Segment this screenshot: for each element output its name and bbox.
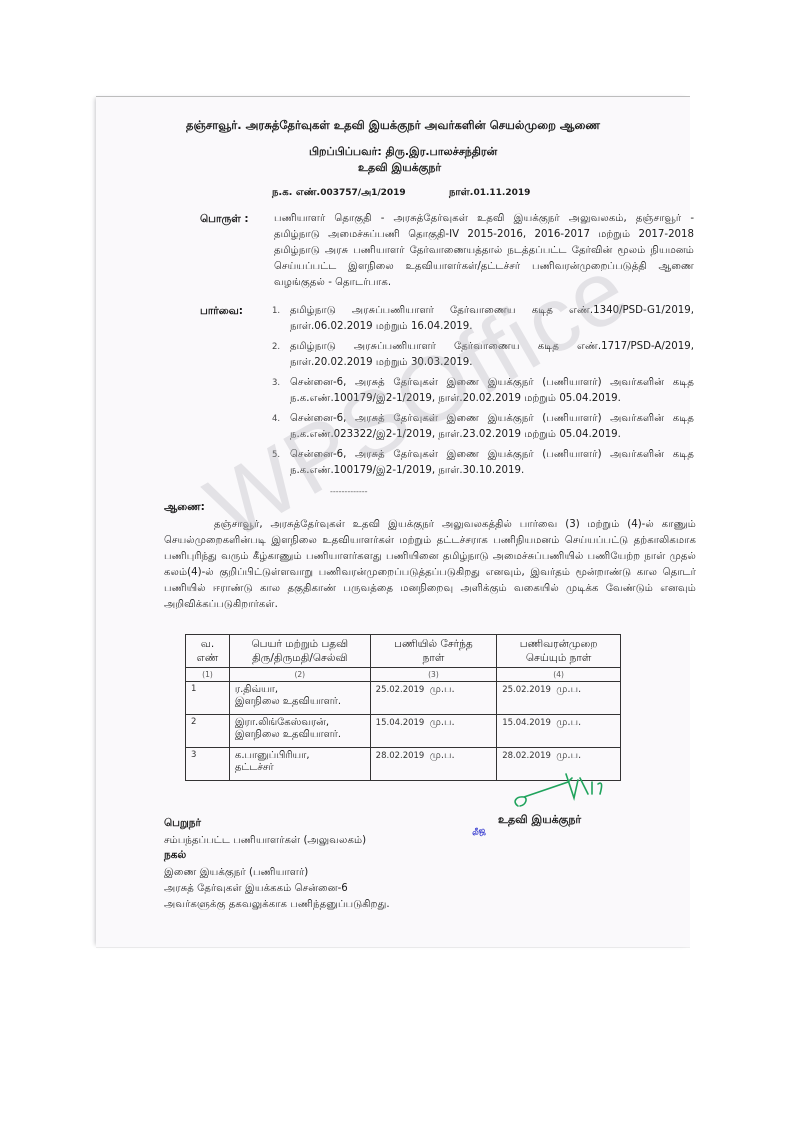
reference-number: ந.க. எண்.003757/அ1/2019 <box>272 187 406 199</box>
table-row: 1 ர.திவ்யா,இளநிலை உதவியாளர். 25.02.2019 … <box>186 682 621 715</box>
reference-item: 2.தமிழ்நாடு அரசுப்பணியாளர் தேர்வாணைய கடி… <box>272 339 694 371</box>
separator: ------------- <box>330 487 368 496</box>
order-date: நாள்.01.11.2019 <box>449 187 530 199</box>
table-header-row: வ.எண் பெயர் மற்றும் பதவிதிரு/திருமதி/செல… <box>186 635 621 668</box>
table-row: 2 இரா.லிங்கேஸ்வரன்,இளநிலை உதவியாளர். 15.… <box>186 715 621 748</box>
reference-item: 4.சென்னை-6, அரசுத் தேர்வுகள் இணை இயக்குந… <box>272 411 694 443</box>
header-name-post: பெயர் மற்றும் பதவிதிரு/திருமதி/செல்வி <box>229 635 370 668</box>
header-regularised-date: பணிவரன்முறைசெய்யும் நாள் <box>497 635 621 668</box>
reference-list: 1.தமிழ்நாடு அரசுப்பணியாளர் தேர்வாணைய கடி… <box>272 303 694 483</box>
reference-item: 3.சென்னை-6, அரசுத் தேர்வுகள் இணை இயக்குந… <box>272 375 694 407</box>
reference-item: 1.தமிழ்நாடு அரசுப்பணியாளர் தேர்வாணைய கடி… <box>272 303 694 335</box>
order-text: தஞ்சாவூர், அரசுத்தேர்வுகள் உதவி இயக்குநர… <box>164 517 696 613</box>
column-number-row: (1) (2) (3) (4) <box>186 668 621 682</box>
recipient: சம்பந்தப்பட்ட பணியாளர்கள் (அலுவலகம்) <box>164 833 366 849</box>
initials-stamp: லீஜ <box>471 825 486 838</box>
copy-line: அரசுத் தேர்வுகள் இயக்ககம் சென்னை-6 <box>164 881 348 897</box>
regularisation-table: வ.எண் பெயர் மற்றும் பதவிதிரு/திருமதி/செல… <box>185 634 621 781</box>
header-joined-date: பணியில் சேர்ந்தநாள் <box>370 635 497 668</box>
signatory: உதவி இயக்குநர் <box>498 813 581 828</box>
reference-item: 5.சென்னை-6, அரசுத் தேர்வுகள் இணை இயக்குந… <box>272 447 694 479</box>
issuer-designation: உதவி இயக்குநர் <box>358 161 441 176</box>
scanned-page: தஞ்சாவூர். அரசுத்தேர்வுகள் உதவி இயக்குநர… <box>96 96 690 947</box>
document-title: தஞ்சாவூர். அரசுத்தேர்வுகள் உதவி இயக்குநர… <box>96 118 690 134</box>
subject-text: பணியாளர் தொகுதி - அரசுத்தேர்வுகள் உதவி இ… <box>274 211 694 291</box>
order-label: ஆணை: <box>164 501 205 514</box>
reference-label: பார்வை: <box>200 305 243 318</box>
copy-line: இணை இயக்குநர் (பணியாளர்) <box>164 865 308 881</box>
copy-line: அவர்களுக்கு தகவலுக்காக பணிந்தனுப்படுகிறத… <box>164 897 390 913</box>
subject-label: பொருள் : <box>200 213 249 226</box>
issuer-line: பிறப்பிப்பவர்: திரு.இர.பாலச்சந்திரன் <box>309 145 497 160</box>
header-serial: வ.எண் <box>186 635 230 668</box>
signature-icon <box>508 772 618 812</box>
copy-label: நகல் <box>164 849 186 862</box>
recipient-label: பெறுநர் <box>164 817 201 830</box>
